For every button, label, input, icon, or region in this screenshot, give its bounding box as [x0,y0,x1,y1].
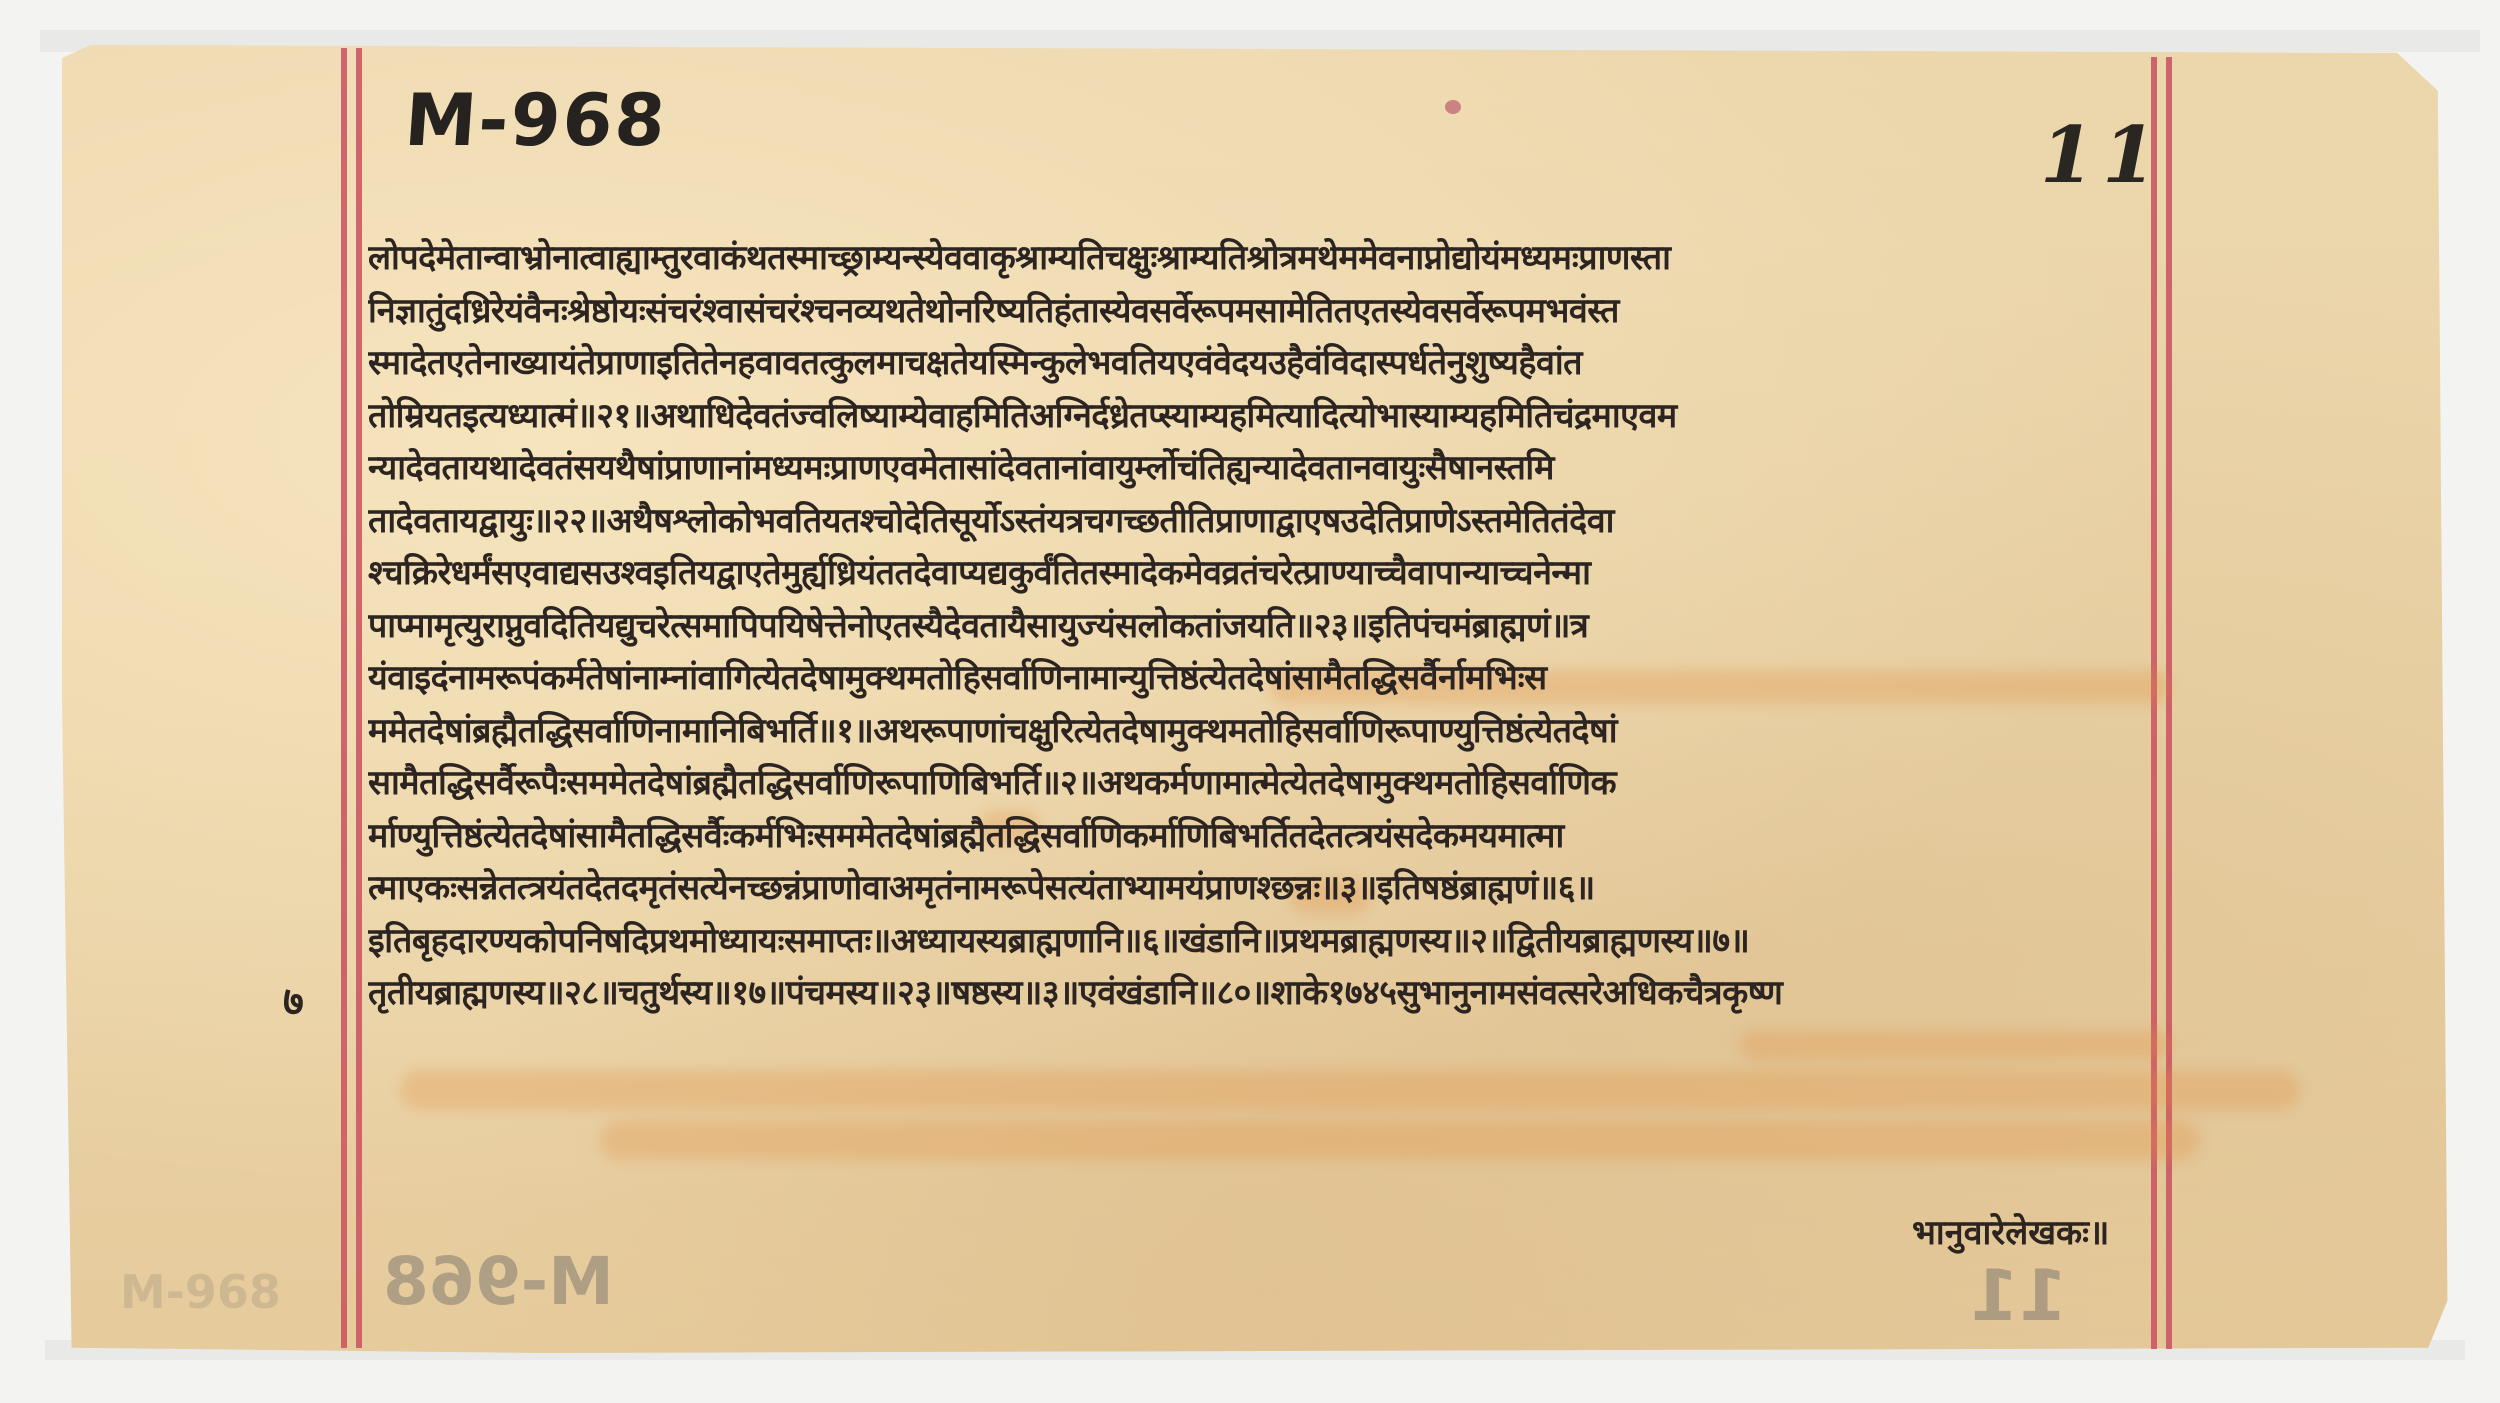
manuscript-text: लोपदेमेतान्वाभ्रोनात्वाह्याम्तुरवाकंथतस्… [368,232,2168,1020]
catalog-number: M-968 [402,78,670,162]
rubric-highlight [600,1120,2200,1160]
bleed-through-folio-number: 11 [1970,1255,2067,1337]
text-line: न्यादेवतायथादेवतंसयथैषांप्राणानांमध्यमःप… [368,442,2168,495]
text-line: र्माण्युत्तिष्ठंत्येतदेषांसामैतद्धिसर्वै… [368,810,2168,863]
text-line: स्मादेतएतेनाख्यायंतेप्राणाइतितेनहवावतत्क… [368,337,2168,390]
text-line: इतिबृहदारण्यकोपनिषदिप्रथमोध्यायःसमाप्तः॥… [368,915,2168,968]
margin-section-mark: ७ [283,972,304,1027]
left-margin-rule-inner [356,48,362,1348]
bleed-through-catalog-number: M-968 [383,1243,614,1320]
folio-number: 11 [2040,110,2165,201]
left-margin-rule-outer [341,48,347,1348]
text-line: सामैतद्धिसर्वैरूपैःसममेतदेषांब्रह्मैतद्ध… [368,757,2168,810]
text-line: श्चक्रिरेधर्मंसएवाद्यसउश्वइतियद्वाएतेमुर… [368,547,2168,600]
text-line: यंवाइदंनामरूपंकर्मतेषांनाम्नांवागित्येतद… [368,652,2168,705]
text-line: पाप्मामृत्युराप्नुवदितियद्युचरेत्समापिपय… [368,600,2168,653]
scribe-colophon: भानुवारेलेखकः॥ [1912,1208,2109,1254]
text-line: ममेतदेषांब्रह्मैतद्धिसर्वाणिनामानिबिभर्त… [368,705,2168,758]
text-line: त्माएकःसन्नेतत्त्रयंतदेतदमृतंसत्येनच्छन्… [368,862,2168,915]
text-line: निज्ञातुंदध्रिरेयंवैनःश्रेष्ठोयःसंचरंश्व… [368,285,2168,338]
text-line: तादेवतायद्वायुः॥२२॥अथैषश्लोकोभवतियतश्चोद… [368,495,2168,548]
text-line: तोम्रियतइत्यध्यात्मं॥२१॥अथाधिदेवतंज्वलिष… [368,390,2168,443]
text-line: तृतीयब्राह्मणस्य॥२८॥चतुर्थस्य॥१७॥पंचमस्य… [368,967,2168,1020]
text-line: लोपदेमेतान्वाभ्रोनात्वाह्याम्तुरवाकंथतस्… [368,232,2168,285]
rubric-highlight [400,1070,2300,1110]
bleed-through-faint-mark: M-968 [120,1265,281,1319]
pigment-speck [1445,100,1461,114]
rubric-highlight [1740,1030,2170,1060]
